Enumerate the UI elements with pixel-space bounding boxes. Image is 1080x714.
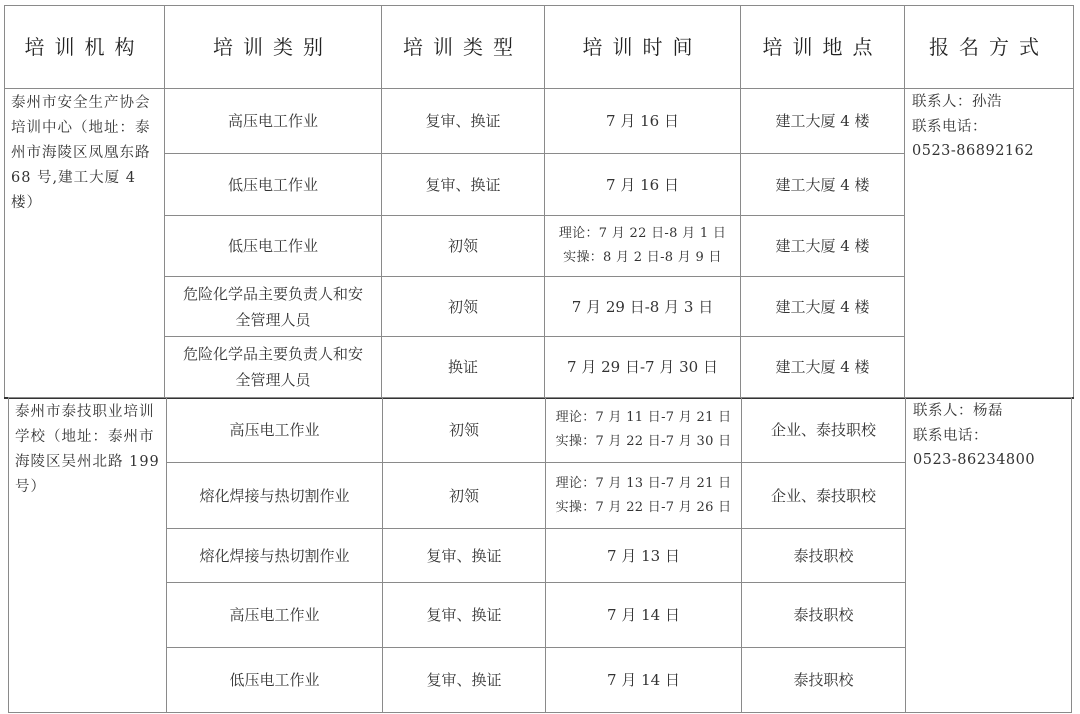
type-cell: 复审、换证 [383,648,546,713]
category-cell: 熔化焊接与热切割作业 [167,463,383,529]
type-cell: 复审、换证 [383,583,546,648]
section-taizhou-safety-association: 泰州市安全生产协会 培训中心（地址：泰 州市海陵区凤凰东路 68 号,建工大厦 … [4,88,1074,399]
training-schedule-header: 培训机构 培训类别 培训类型 培训时间 培训地点 报名方式 [4,5,1074,89]
location-cell: 企业、泰技职校 [742,463,906,529]
time-cell: 7 月 14 日 [546,648,742,713]
institution-line: 海陵区吴州北路 199 [15,450,162,475]
location-cell: 建工大厦 4 楼 [741,277,905,337]
category-cell: 低压电工作业 [165,154,382,216]
category-cell: 高压电工作业 [167,398,383,463]
category-cell: 低压电工作业 [165,216,382,277]
time-cell: 7 月 29 日-8 月 3 日 [545,277,741,337]
theory-time: 理论：7 月 11 日-7 月 21 日 [546,406,741,430]
institution-line: 州市海陵区凤凰东路 [11,141,160,166]
type-cell: 初领 [382,216,545,277]
institution-line: 培训中心（地址：泰 [11,116,160,141]
location-cell: 建工大厦 4 楼 [741,154,905,216]
institution-cell: 泰州市安全生产协会 培训中心（地址：泰 州市海陵区凤凰东路 68 号,建工大厦 … [5,89,165,398]
time-cell: 7 月 29 日-7 月 30 日 [545,337,741,398]
contact-phone: 0523-86234800 [913,448,1067,473]
location-cell: 建工大厦 4 楼 [741,89,905,154]
contact-person: 联系人：杨磊 [913,399,1067,424]
time-cell: 理论：7 月 13 日-7 月 21 日 实操：7 月 22 日-7 月 26 … [546,463,742,529]
category-line: 全管理人员 [171,367,375,393]
institution-line: 泰州市泰技职业培训 [15,400,162,425]
registration-cell: 联系人：孙浩 联系电话： 0523-86892162 [905,89,1074,398]
category-line: 危险化学品主要负责人和安 [171,281,375,307]
contact-phone-label: 联系电话： [912,115,1069,140]
category-cell: 低压电工作业 [167,648,383,713]
type-cell: 复审、换证 [383,529,546,583]
category-cell: 高压电工作业 [165,89,382,154]
time-cell: 7 月 13 日 [546,529,742,583]
location-cell: 泰技职校 [742,529,906,583]
theory-time: 理论：7 月 22 日-8 月 1 日 [545,222,740,246]
practice-time: 实操：7 月 22 日-7 月 30 日 [546,430,741,454]
table-row: 泰州市泰技职业培训 学校（地址：泰州市 海陵区吴州北路 199 号） 高压电工作… [9,398,1072,463]
header-institution: 培训机构 [5,6,165,89]
institution-line: 号） [15,475,162,500]
type-cell: 换证 [382,337,545,398]
contact-phone-label: 联系电话： [913,424,1067,449]
location-cell: 泰技职校 [742,583,906,648]
time-cell: 7 月 16 日 [545,154,741,216]
time-cell: 理论：7 月 11 日-7 月 21 日 实操：7 月 22 日-7 月 30 … [546,398,742,463]
institution-cell: 泰州市泰技职业培训 学校（地址：泰州市 海陵区吴州北路 199 号） [9,398,167,713]
category-line: 全管理人员 [171,307,375,333]
section-taiji-vocational-school: 泰州市泰技职业培训 学校（地址：泰州市 海陵区吴州北路 199 号） 高压电工作… [8,397,1072,713]
practice-time: 实操：8 月 2 日-8 月 9 日 [545,246,740,270]
type-cell: 初领 [383,463,546,529]
category-cell: 高压电工作业 [167,583,383,648]
location-cell: 泰技职校 [742,648,906,713]
type-cell: 复审、换证 [382,89,545,154]
time-cell: 7 月 16 日 [545,89,741,154]
institution-line: 学校（地址：泰州市 [15,425,162,450]
time-cell: 理论：7 月 22 日-8 月 1 日 实操：8 月 2 日-8 月 9 日 [545,216,741,277]
header-category: 培训类别 [165,6,382,89]
theory-time: 理论：7 月 13 日-7 月 21 日 [546,472,741,496]
table-row: 泰州市安全生产协会 培训中心（地址：泰 州市海陵区凤凰东路 68 号,建工大厦 … [5,89,1074,154]
practice-time: 实操：7 月 22 日-7 月 26 日 [546,496,741,520]
category-cell: 危险化学品主要负责人和安 全管理人员 [165,277,382,337]
registration-cell: 联系人：杨磊 联系电话： 0523-86234800 [906,398,1072,713]
category-cell: 危险化学品主要负责人和安 全管理人员 [165,337,382,398]
type-cell: 初领 [383,398,546,463]
type-cell: 初领 [382,277,545,337]
location-cell: 建工大厦 4 楼 [741,216,905,277]
header-registration: 报名方式 [905,6,1074,89]
header-time: 培训时间 [545,6,741,89]
header-type: 培训类型 [382,6,545,89]
location-cell: 建工大厦 4 楼 [741,337,905,398]
header-location: 培训地点 [741,6,905,89]
category-line: 危险化学品主要负责人和安 [171,341,375,367]
institution-line: 泰州市安全生产协会 [11,91,160,116]
contact-person: 联系人：孙浩 [912,90,1069,115]
contact-phone: 0523-86892162 [912,139,1069,164]
time-cell: 7 月 14 日 [546,583,742,648]
category-cell: 熔化焊接与热切割作业 [167,529,383,583]
location-cell: 企业、泰技职校 [742,398,906,463]
type-cell: 复审、换证 [382,154,545,216]
header-row: 培训机构 培训类别 培训类型 培训时间 培训地点 报名方式 [5,6,1074,89]
institution-line: 68 号,建工大厦 4 楼） [11,166,160,216]
